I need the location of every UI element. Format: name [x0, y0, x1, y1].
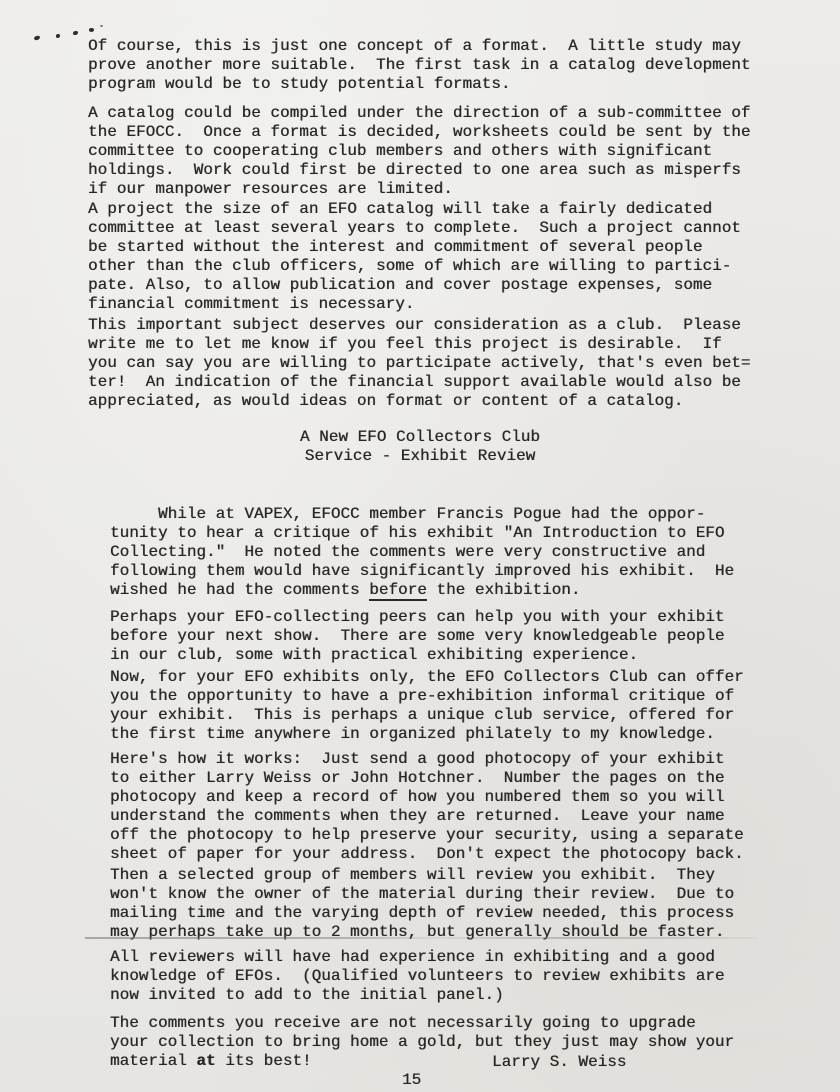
- paragraph-service-5: Then a selected group of members will re…: [110, 866, 816, 942]
- paragraph-service-6: All reviewers will have had experience i…: [110, 948, 816, 1005]
- scan-speck: [73, 31, 78, 35]
- bold-word: at: [196, 1052, 215, 1070]
- scan-speck: [34, 35, 41, 40]
- scanned-document-page: Of course, this is just one concept of a…: [0, 0, 840, 1092]
- paragraph-service-2: Perhaps your EFO-collecting peers can he…: [110, 608, 816, 665]
- page-number: 15: [402, 1071, 462, 1090]
- paragraph-service-3: Now, for your EFO exhibits only, the EFO…: [110, 668, 816, 744]
- paragraph-text: its best!: [216, 1052, 312, 1070]
- paragraph-catalog-4: This important subject deserves our cons…: [88, 316, 820, 411]
- paragraph-service-1: While at VAPEX, EFOCC member Francis Pog…: [110, 505, 816, 600]
- paragraph-catalog-3: A project the size of an EFO catalog wil…: [88, 200, 820, 314]
- paragraph-catalog-2: A catalog could be compiled under the di…: [88, 104, 820, 199]
- scan-speck: [56, 34, 60, 38]
- signature: Larry S. Weiss: [492, 1053, 812, 1072]
- scan-speck: [89, 28, 95, 33]
- crease-line: [85, 937, 758, 939]
- paragraph-service-4: Here's how it works: Just send a good ph…: [110, 750, 816, 864]
- paragraph-text: the exhibition.: [427, 581, 581, 599]
- paragraph-catalog-1: Of course, this is just one concept of a…: [88, 37, 820, 94]
- underlined-word: before: [369, 581, 427, 601]
- scan-speck: [100, 25, 103, 27]
- section-heading: A New EFO Collectors Club Service - Exhi…: [6, 428, 834, 466]
